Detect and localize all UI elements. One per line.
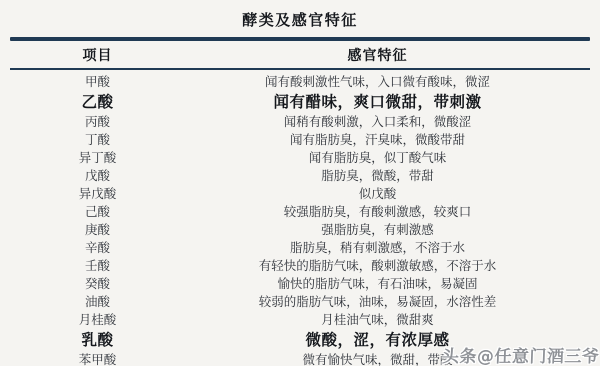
- acid-name: 辛酸: [10, 238, 185, 256]
- acid-name: 苯甲酸: [10, 350, 185, 366]
- table-row: 癸酸 愉快的脂肪气味，有石油味，易凝固: [10, 274, 590, 292]
- acid-description: 愉快的脂肪气味，有石油味，易凝固: [185, 274, 590, 292]
- table-row: 月桂酸 月桂油气味，微甜爽: [10, 310, 590, 328]
- acid-description: 月桂油气味，微甜爽: [185, 310, 590, 328]
- acid-description: 较强脂肪臭，有酸刺激感，较爽口: [185, 202, 590, 220]
- acid-name: 丁酸: [10, 130, 185, 148]
- table-row: 丁酸 闻有脂肪臭，汗臭味，微酸带甜: [10, 130, 590, 148]
- acid-name: 己酸: [10, 202, 185, 220]
- table-row: 庚酸 强脂肪臭，有刺激感: [10, 220, 590, 238]
- table-body: 甲酸 闻有酸刺激性气味，入口微有酸味，微涩 乙酸 闻有醋味，爽口微甜，带刺激 丙…: [10, 70, 590, 366]
- table-screenshot-page: 酵类及感官特征 项目 感官特征 甲酸 闻有酸刺激性气味，入口微有酸味，微涩 乙酸…: [0, 0, 600, 366]
- acid-name: 丙酸: [10, 112, 185, 130]
- table-row: 己酸 较强脂肪臭，有酸刺激感，较爽口: [10, 202, 590, 220]
- acid-description: 闻有脂肪臭，似丁酸气味: [185, 148, 590, 166]
- table-row: 戊酸 脂肪臭，微酸，带甜: [10, 166, 590, 184]
- acid-name: 异丁酸: [10, 148, 185, 166]
- watermark-text: 头条@任意门酒三爷: [441, 342, 599, 366]
- table-title: 酵类及感官特征: [10, 6, 590, 37]
- table-row: 异戊酸 似戊酸: [10, 184, 590, 202]
- table-row: 乙酸 闻有醋味，爽口微甜，带刺激: [10, 90, 590, 112]
- acid-description: 强脂肪臭，有刺激感: [185, 220, 590, 238]
- header-row: 项目 感官特征: [10, 41, 590, 68]
- acid-name: 甲酸: [10, 72, 185, 90]
- header-item: 项目: [10, 45, 185, 65]
- acid-description: 似戊酸: [185, 184, 590, 202]
- acid-name: 异戊酸: [10, 184, 185, 202]
- acid-description: 闻有酸刺激性气味，入口微有酸味，微涩: [185, 72, 590, 90]
- acid-name: 乳酸: [10, 328, 185, 350]
- acid-description: 闻有脂肪臭，汗臭味，微酸带甜: [185, 130, 590, 148]
- table-row: 甲酸 闻有酸刺激性气味，入口微有酸味，微涩: [10, 72, 590, 90]
- sensory-table: 酵类及感官特征 项目 感官特征 甲酸 闻有酸刺激性气味，入口微有酸味，微涩 乙酸…: [10, 6, 590, 360]
- header-feature: 感官特征: [185, 45, 590, 65]
- acid-description: 脂肪臭，微酸，带甜: [185, 166, 590, 184]
- acid-name: 月桂酸: [10, 310, 185, 328]
- acid-name: 油酸: [10, 292, 185, 310]
- table-row: 丙酸 闻稍有酸刺激，入口柔和，微酸涩: [10, 112, 590, 130]
- acid-description: 有轻快的脂肪气味，酸刺激敏感，不溶于水: [185, 256, 590, 274]
- table-row: 辛酸 脂肪臭，稍有刺激感，不溶于水: [10, 238, 590, 256]
- acid-name: 庚酸: [10, 220, 185, 238]
- acid-description: 较弱的脂肪气味，油味，易凝固，水溶性差: [185, 292, 590, 310]
- acid-description: 闻稍有酸刺激，入口柔和，微酸涩: [185, 112, 590, 130]
- acid-name: 乙酸: [10, 90, 185, 112]
- table-row: 壬酸 有轻快的脂肪气味，酸刺激敏感，不溶于水: [10, 256, 590, 274]
- acid-name: 戊酸: [10, 166, 185, 184]
- table-row: 油酸 较弱的脂肪气味，油味，易凝固，水溶性差: [10, 292, 590, 310]
- acid-description: 脂肪臭，稍有刺激感，不溶于水: [185, 238, 590, 256]
- acid-name: 癸酸: [10, 274, 185, 292]
- table-row: 异丁酸 闻有脂肪臭，似丁酸气味: [10, 148, 590, 166]
- acid-description: 闻有醋味，爽口微甜，带刺激: [185, 90, 590, 112]
- acid-name: 壬酸: [10, 256, 185, 274]
